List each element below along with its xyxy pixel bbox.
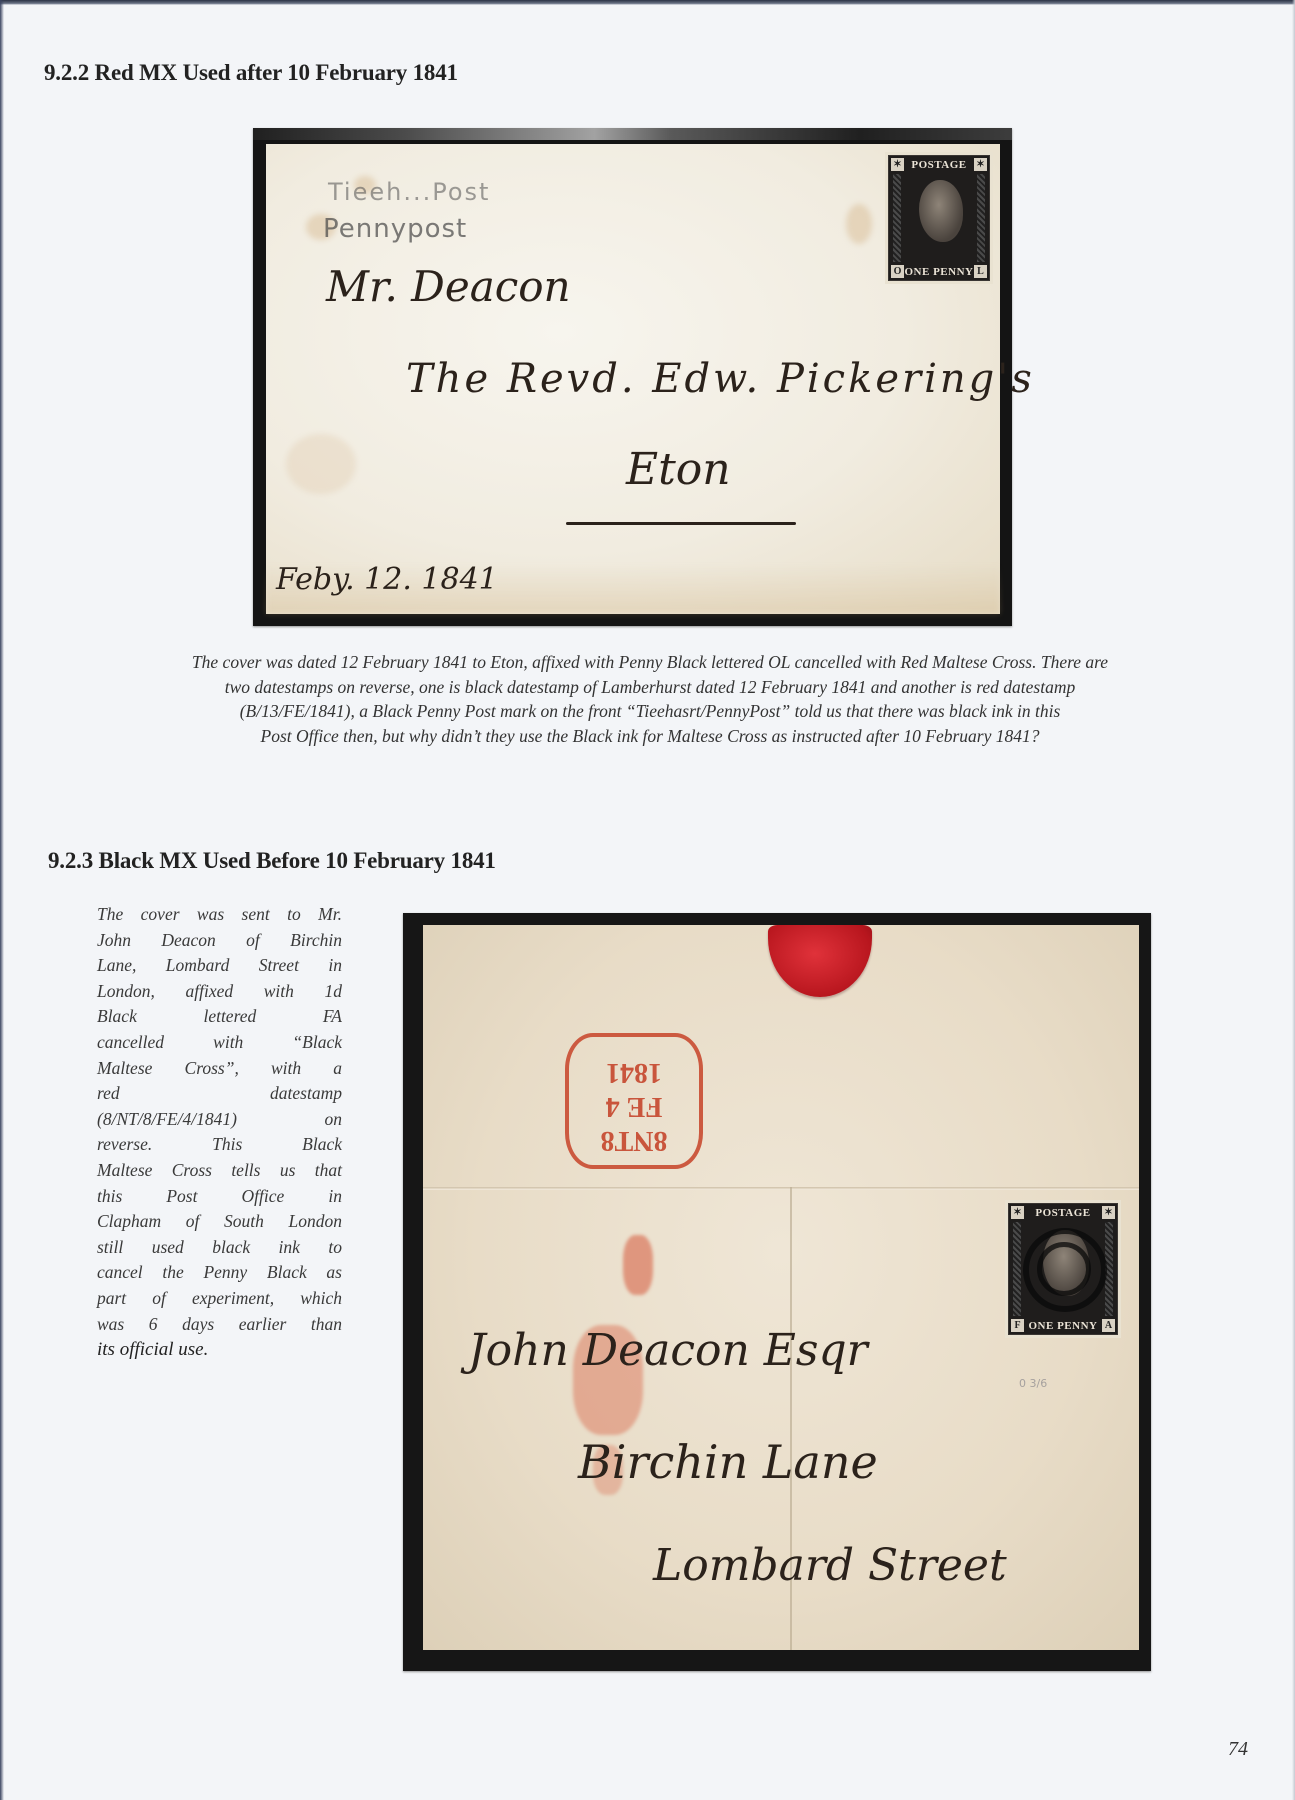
cover-mount-eton: Tieeh...Post Pennypost Mr. Deacon The Re… (253, 128, 1012, 626)
cover-mount-birchin-lane: 8NT8 FE 4 1841 John Deacon Esqr Birchin … (403, 913, 1151, 1671)
stamp-border (1013, 1222, 1021, 1316)
address-line-2: The Revd. Edw. Pickering's (406, 356, 1035, 402)
description-line: London, affixed with 1d (97, 979, 342, 1005)
page-number: 74 (1228, 1738, 1248, 1761)
description-line: (8/NT/8/FE/4/1841) on (97, 1107, 342, 1133)
stamp-bottom-label: ONE PENNY (889, 266, 989, 278)
description-line: reverse. This Black (97, 1132, 342, 1158)
description-line: John Deacon of Birchin (97, 928, 342, 954)
stamp-bottom-label: ONE PENNY (1009, 1320, 1117, 1332)
address-underline (566, 522, 796, 525)
description-line: Maltese Cross”, with a (97, 1056, 342, 1082)
fold-line-horizontal (423, 1187, 1139, 1190)
description-line: Clapham of South London (97, 1209, 342, 1235)
section-heading-black-mx: 9.2.3 Black MX Used Before 10 February 1… (48, 848, 496, 874)
datestamp-line: FE 4 (569, 1089, 699, 1123)
caption-line: The cover was dated 12 February 1841 to … (50, 650, 1250, 675)
address-line-1: John Deacon Esqr (468, 1325, 868, 1376)
letter-sheet-birchin-lane: 8NT8 FE 4 1841 John Deacon Esqr Birchin … (423, 925, 1139, 1650)
description-line: Black lettered FA (97, 1004, 342, 1030)
description-line: cancel the Penny Black as (97, 1260, 342, 1286)
queen-victoria-portrait (919, 180, 963, 242)
date-note: Feby. 12. 1841 (276, 562, 498, 597)
red-offset-mark (623, 1235, 653, 1295)
description-line: was 6 days earlier than (97, 1312, 342, 1338)
description-line: still used black ink to (97, 1235, 342, 1261)
description-line: The cover was sent to Mr. (97, 902, 342, 928)
stamp-top-label: POSTAGE (1009, 1207, 1117, 1219)
caption-line: Post Office then, but why didn’t they us… (50, 724, 1250, 749)
foxing-spot (286, 434, 356, 494)
foxing-spot (846, 204, 872, 244)
black-maltese-cross-cancel-inner (1037, 1242, 1091, 1296)
address-line-3: Eton (626, 444, 731, 495)
description-line: cancelled with “Black (97, 1030, 342, 1056)
description-line: its official use. (97, 1337, 342, 1363)
penny-post-mark-line-1: Tieeh...Post (328, 178, 490, 206)
envelope-eton: Tieeh...Post Pennypost Mr. Deacon The Re… (266, 144, 1000, 614)
datestamp-line: 1841 (569, 1055, 699, 1089)
section-heading-red-mx: 9.2.2 Red MX Used after 10 February 1841 (44, 60, 458, 86)
caption-line: (B/13/FE/1841), a Black Penny Post mark … (50, 699, 1250, 724)
address-line-3: Lombard Street (653, 1540, 1007, 1591)
stamp-border (977, 174, 985, 262)
penny-black-stamp-ol: ✶ ✶ POSTAGE O L ONE PENNY (888, 155, 990, 281)
penny-post-mark-line-2: Pennypost (323, 214, 467, 244)
stamp-top-label: POSTAGE (889, 159, 989, 171)
description-line: red datestamp (97, 1081, 342, 1107)
caption-line: two datestamps on reverse, one is black … (50, 675, 1250, 700)
penny-black-stamp-fa: ✶ ✶ POSTAGE F A ONE PENNY (1008, 1203, 1118, 1335)
description-line: this Post Office in (97, 1184, 342, 1210)
stamp-border (893, 174, 901, 262)
cover-description-birchin-lane: The cover was sent to Mr. John Deacon of… (97, 902, 342, 1363)
red-datestamp: 8NT8 FE 4 1841 (565, 1033, 703, 1169)
cover-caption-eton: The cover was dated 12 February 1841 to … (50, 650, 1250, 748)
datestamp-line: 8NT8 (569, 1123, 699, 1157)
description-line: Maltese Cross tells us that (97, 1158, 342, 1184)
address-line-1: Mr. Deacon (326, 262, 571, 311)
pencil-note: 0 3/6 (1019, 1377, 1047, 1390)
scan-edge-left (0, 0, 4, 1800)
address-line-2: Birchin Lane (578, 1435, 878, 1489)
scan-edge-top (0, 0, 1295, 5)
description-line: Lane, Lombard Street in (97, 953, 342, 979)
description-line: part of experiment, which (97, 1286, 342, 1312)
mount-glare (253, 128, 1012, 140)
